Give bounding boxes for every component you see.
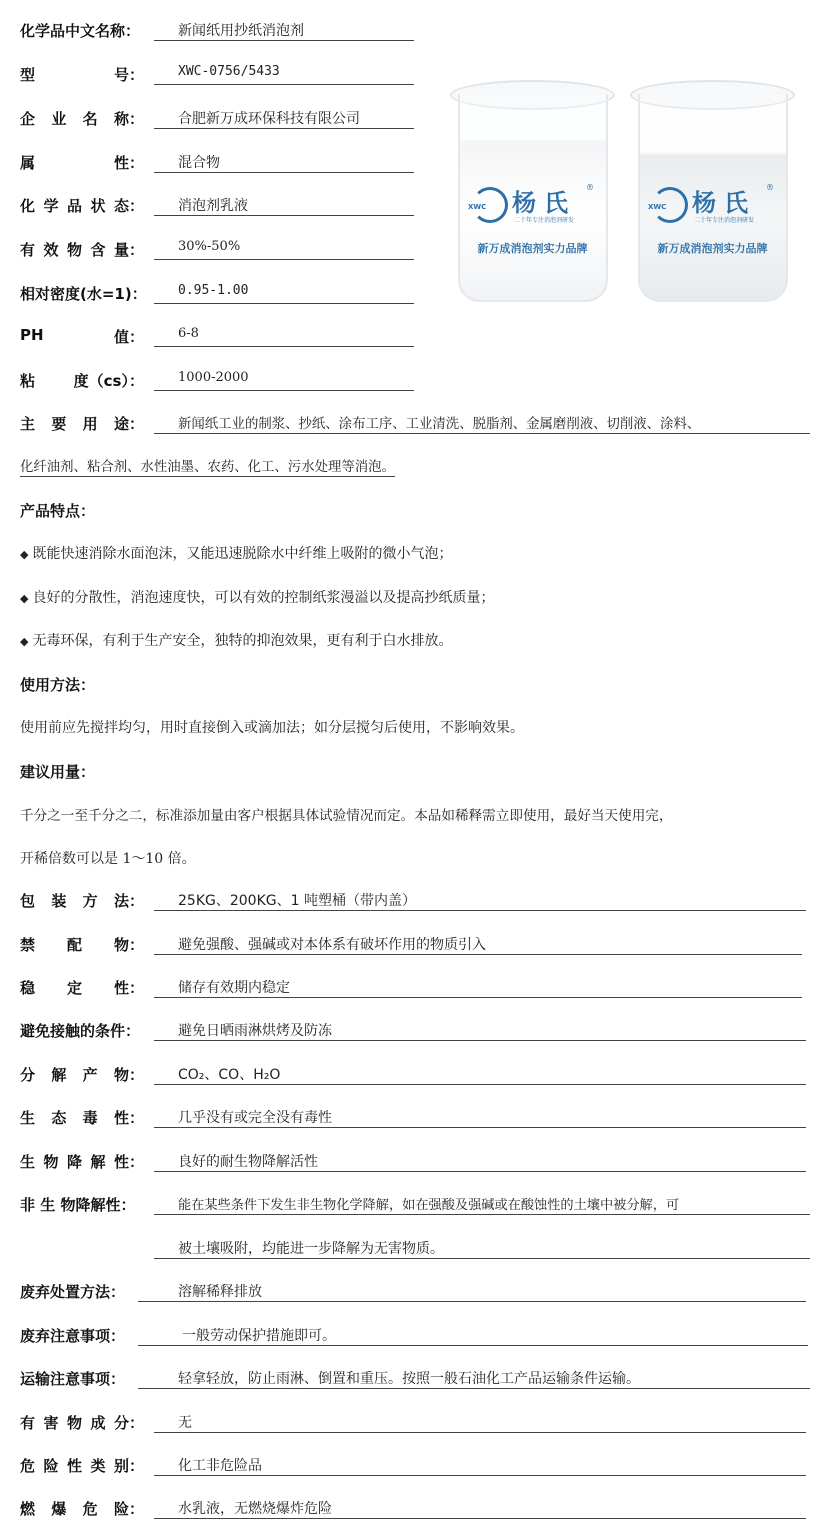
spec-row-abiotic-degradation: 非 生 物降解性： 能在某些条件下发生非生物化学降解，如在强酸及强碱或在酸蚀性的…: [20, 1194, 810, 1218]
label-main-use: 主要用途：: [20, 413, 144, 434]
value-chinese-name: 新闻纸用抄纸消泡剂: [154, 20, 414, 41]
label-transport-notes: 运输注意事项：: [20, 1368, 125, 1389]
value-model: XWC-0756/5433: [154, 64, 414, 85]
value-stability: 储存有效期内稳定: [154, 977, 802, 998]
beaker-emulsion: XWC 杨氏 ® 二十年专注消泡剂研发 新万成消泡剂实力品牌: [450, 80, 615, 310]
brand-slogan: 新万成消泡剂实力品牌: [450, 240, 615, 256]
value-disposal-notes: 一般劳动保护措施即可。: [138, 1325, 808, 1346]
brand-logo: XWC 杨氏 ® 二十年专注消泡剂研发: [468, 185, 598, 225]
main-use-row: 主要用途： 新闻纸工业的制浆、抄纸、涂布工序、工业清洗、脱脂剂、金属磨削液、切削…: [20, 413, 810, 437]
value-attribute: 混合物: [154, 152, 414, 173]
label-chinese-name: 化学品中文名称：: [20, 20, 140, 41]
diamond-bullet-icon: ◆: [20, 592, 28, 605]
label-hazardous-components: 有害物成分：: [20, 1412, 144, 1433]
label-attribute: 属性：: [20, 152, 144, 173]
value-density: 0.95-1.00: [154, 283, 414, 304]
usage-title: 使用方法：: [20, 674, 95, 695]
value-main-use-line1: 新闻纸工业的制浆、抄纸、涂布工序、工业清洗、脱脂剂、金属磨削液、切削液、涂料、: [154, 413, 810, 434]
diamond-bullet-icon: ◆: [20, 548, 28, 561]
label-content: 有效物含量：: [20, 239, 144, 260]
label-disposal-method: 废弃处置方法：: [20, 1281, 125, 1302]
label-model: 型号：: [20, 64, 144, 85]
value-state: 消泡剂乳液: [154, 195, 414, 216]
brand-tagline: 二十年专注消泡剂研发: [694, 215, 754, 224]
label-hazard-class: 危险性类别：: [20, 1455, 144, 1476]
dosage-text-line2: 开稀倍数可以是 1～10 倍。: [20, 848, 196, 868]
value-fire-explosion: 水乳液，无燃烧爆炸危险: [154, 1498, 806, 1519]
value-disposal-method: 溶解稀释排放: [138, 1281, 806, 1302]
beaker-clear: XWC 杨氏 ® 二十年专注消泡剂研发 新万成消泡剂实力品牌: [630, 80, 795, 310]
label-abiotic-degradation: 非 生 物降解性：: [20, 1194, 135, 1215]
dosage-text-line1: 千分之一至千分之二，标准添加量由客户根据具体试验情况而定。本品如稀释需立即使用，…: [20, 804, 673, 824]
label-incompatible: 禁配物：: [20, 934, 144, 955]
label-stability: 稳定性：: [20, 977, 144, 998]
label-fire-explosion: 燃爆危险：: [20, 1498, 144, 1519]
label-decomposition: 分解产物：: [20, 1064, 144, 1085]
feature-item: ◆良好的分散性，消泡速度快，可以有效的控制纸浆漫溢以及提高抄纸质量；: [20, 587, 494, 607]
product-image: XWC 杨氏 ® 二十年专注消泡剂研发 新万成消泡剂实力品牌 XWC 杨氏 ® …: [450, 70, 810, 320]
brand-logo: XWC 杨氏 ® 二十年专注消泡剂研发: [648, 185, 778, 225]
value-main-use-line2: 化纤油剂、粘合剂、水性油墨、农药、化工、污水处理等消泡。: [20, 456, 395, 477]
value-abiotic-degradation-line1: 能在某些条件下发生非生物化学降解，如在强酸及强碱或在酸蚀性的土壤中被分解，可: [154, 1194, 810, 1215]
value-abiotic-degradation-line2: 被土壤吸附，均能进一步降解为无害物质。: [154, 1238, 810, 1259]
label-state: 化学品状态：: [20, 195, 144, 216]
brand-name: 杨氏: [692, 183, 756, 218]
value-transport-notes: 轻拿轻放，防止雨淋、倒置和重压。按照一般石油化工产品运输条件运输。: [138, 1368, 810, 1389]
label-ph: PH值：: [20, 326, 144, 347]
value-hazardous-components: 无: [154, 1412, 806, 1433]
feature-item: ◆既能快速消除水面泡沫，又能迅速脱除水中纤维上吸附的微小气泡；: [20, 543, 452, 563]
value-incompatible: 避免强酸、强碱或对本体系有破坏作用的物质引入: [154, 934, 802, 955]
label-biodegradability: 生物降解性：: [20, 1151, 144, 1172]
value-ph: 6-8: [154, 326, 414, 347]
usage-text: 使用前应先搅拌均匀，用时直接倒入或滴加法；如分层搅匀后使用，不影响效果。: [20, 717, 524, 737]
value-packaging: 25KG、200KG、1 吨塑桶（带内盖）: [154, 890, 806, 911]
dosage-title: 建议用量：: [20, 761, 95, 782]
label-ecotoxicity: 生态毒性：: [20, 1107, 144, 1128]
value-content: 30%-50%: [154, 239, 414, 260]
label-disposal-notes: 废弃注意事项：: [20, 1325, 125, 1346]
registered-mark: ®: [766, 183, 774, 192]
value-viscosity: 1000-2000: [154, 370, 414, 391]
label-company: 企业名称：: [20, 108, 144, 129]
feature-item: ◆无毒环保，有利于生产安全，独特的抑泡效果，更有利于白水排放。: [20, 630, 452, 650]
features-title: 产品特点：: [20, 500, 95, 521]
registered-mark: ®: [586, 183, 594, 192]
label-avoid-conditions: 避免接触的条件：: [20, 1020, 140, 1041]
value-biodegradability: 良好的耐生物降解活性: [154, 1151, 806, 1172]
value-hazard-class: 化工非危险品: [154, 1455, 806, 1476]
brand-name: 杨氏: [512, 183, 576, 218]
brand-tagline: 二十年专注消泡剂研发: [514, 215, 574, 224]
value-ecotoxicity: 几乎没有或完全没有毒性: [154, 1107, 806, 1128]
value-company: 合肥新万成环保科技有限公司: [154, 108, 414, 129]
diamond-bullet-icon: ◆: [20, 635, 28, 648]
brand-slogan: 新万成消泡剂实力品牌: [630, 240, 795, 256]
label-packaging: 包装方法：: [20, 890, 144, 911]
label-viscosity: 粘度（cs）：: [20, 370, 144, 391]
value-decomposition: CO₂、CO、H₂O: [154, 1064, 806, 1085]
value-avoid-conditions: 避免日晒雨淋烘烤及防冻: [154, 1020, 806, 1041]
label-density: 相对密度(水=1)：: [20, 283, 147, 304]
